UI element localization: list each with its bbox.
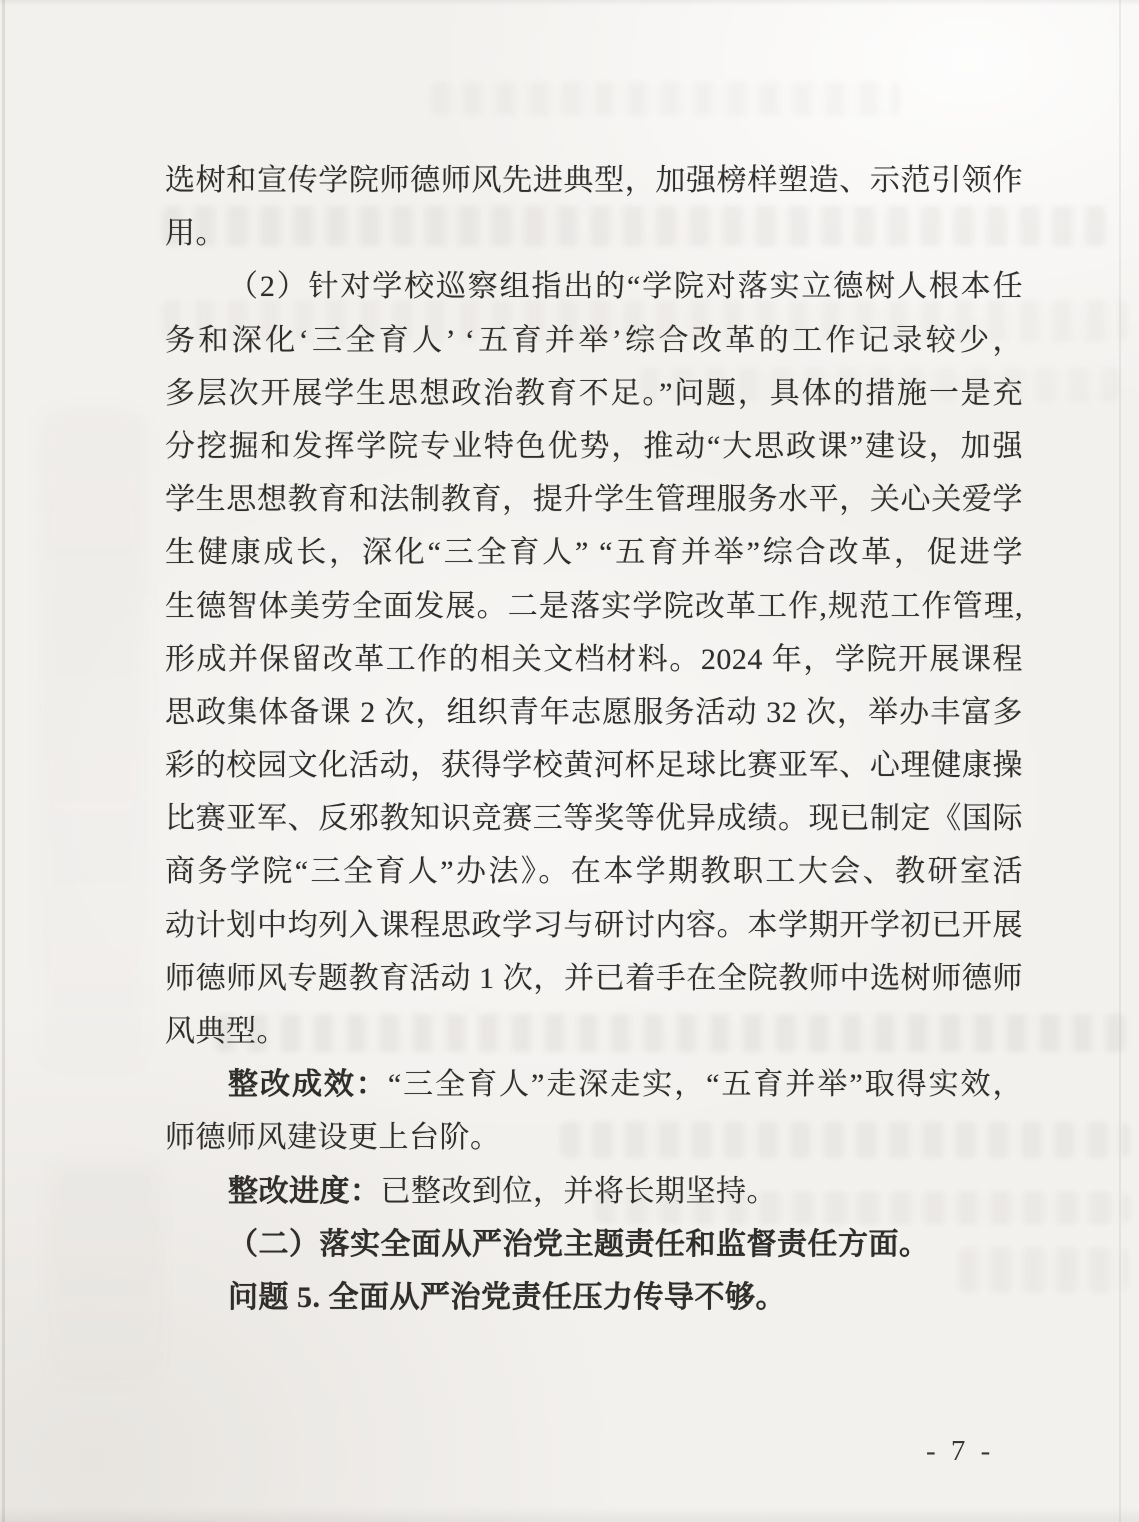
line-text: 多层次开展学生思想政治教育不足。”问题，具体的措施一是充: [165, 377, 1023, 410]
line-text: 生德智体美劳全面发展。二是落实学院改革工作,规范工作管理,: [165, 590, 1023, 623]
line-text: 动计划中均列入课程思政学习与研讨内容。本学期开学初已开展: [165, 909, 1023, 942]
line-text: 已整改到位，并将长期坚持。: [381, 1175, 778, 1208]
line-text: 生健康成长，深化“三全育人” “五育并举”综合改革，促进学: [165, 536, 1023, 569]
text-line: 整改成效：“三全育人”走深走实，“五育并举”取得实效，: [165, 1058, 1023, 1111]
line-text: （二）落实全面从严治党主题责任和监督责任方面。: [228, 1228, 930, 1261]
text-line: （2）针对学校巡察组指出的“学院对落实立德树人根本任: [165, 260, 1023, 313]
text-line: 思政集体备课 2 次，组织青年志愿服务活动 32 次，举办丰富多: [165, 686, 1023, 739]
text-line: 学生思想教育和法制教育，提升学生管理服务水平，关心关爱学: [165, 473, 1023, 526]
line-text: 彩的校园文化活动，获得学校黄河杯足球比赛亚军、心理健康操: [165, 749, 1023, 782]
rectification-progress-label: 整改进度：: [228, 1175, 381, 1208]
page-number: - 7 -: [926, 1431, 994, 1471]
line-text: “三全育人”走深走实，“五育并举”取得实效，: [388, 1068, 1023, 1101]
line-text: 师德师风建设更上台阶。: [165, 1121, 501, 1154]
text-line: 形成并保留改革工作的相关文档材料。2024 年，学院开展课程: [165, 633, 1023, 686]
text-line: 务和深化‘三全育人’ ‘五育并举’综合改革的工作记录较少，: [165, 314, 1023, 367]
scan-edge-top: [0, 0, 1139, 6]
text-line: 风典型。: [165, 1005, 1023, 1058]
document-body: 选树和宣传学院师德师风先进典型，加强榜样塑造、示范引领作 用。 （2）针对学校巡…: [165, 154, 1023, 1324]
section-heading: （二）落实全面从严治党主题责任和监督责任方面。: [165, 1218, 1023, 1271]
margin-smudge: [45, 1160, 165, 1390]
line-text: 全面从严治党责任压力传导不够。: [329, 1281, 787, 1314]
line-text: （2）针对学校巡察组指出的“学院对落实立德树人根本任: [228, 270, 1023, 303]
scan-edge-right: [1119, 0, 1121, 1522]
text-line: 师德师风建设更上台阶。: [165, 1111, 1023, 1164]
problem-heading: 问题 5.全面从严治党责任压力传导不够。: [165, 1271, 1023, 1324]
line-text: 风典型。: [165, 1015, 287, 1048]
line-text: 形成并保留改革工作的相关文档材料。2024 年，学院开展课程: [165, 643, 1023, 676]
text-line: 师德师风专题教育活动 1 次，并已着手在全院教师中选树师德师: [165, 952, 1023, 1005]
text-line: 比赛亚军、反邪教知识竞赛三等奖等优异成绩。现已制定《国际: [165, 792, 1023, 845]
line-text: 务和深化‘三全育人’ ‘五育并举’综合改革的工作记录较少，: [165, 324, 1023, 357]
scanned-document-page: 选树和宣传学院师德师风先进典型，加强榜样塑造、示范引领作 用。 （2）针对学校巡…: [0, 0, 1139, 1522]
text-line: 商务学院“三全育人”办法》。在本学期教职工大会、教研室活: [165, 845, 1023, 898]
problem-number-label: 问题 5.: [228, 1281, 321, 1314]
text-line: 彩的校园文化活动，获得学校黄河杯足球比赛亚军、心理健康操: [165, 739, 1023, 792]
text-line: 生德智体美劳全面发展。二是落实学院改革工作,规范工作管理,: [165, 580, 1023, 633]
text-line: 分挖掘和发挥学院专业特色优势，推动“大思政课”建设，加强: [165, 420, 1023, 473]
margin-smudge: [38, 410, 148, 1070]
text-line: 整改进度：已整改到位，并将长期坚持。: [165, 1165, 1023, 1218]
bleedthrough-smudge: [430, 82, 900, 116]
scan-edge-bottom: [0, 1506, 1139, 1522]
scan-edge-left: [2, 0, 5, 1522]
line-text: 分挖掘和发挥学院专业特色优势，推动“大思政课”建设，加强: [165, 430, 1023, 463]
rectification-effect-label: 整改成效：: [228, 1068, 388, 1101]
text-line: 生健康成长，深化“三全育人” “五育并举”综合改革，促进学: [165, 526, 1023, 579]
text-line: 用。: [165, 207, 1023, 260]
text-line: 动计划中均列入课程思政学习与研讨内容。本学期开学初已开展: [165, 899, 1023, 952]
line-text: 学生思想教育和法制教育，提升学生管理服务水平，关心关爱学: [165, 483, 1023, 516]
text-line: 多层次开展学生思想政治教育不足。”问题，具体的措施一是充: [165, 367, 1023, 420]
line-text: 用。: [165, 217, 226, 250]
line-text: 师德师风专题教育活动 1 次，并已着手在全院教师中选树师德师: [165, 962, 1023, 995]
text-line: 选树和宣传学院师德师风先进典型，加强榜样塑造、示范引领作: [165, 154, 1023, 207]
line-text: 比赛亚军、反邪教知识竞赛三等奖等优异成绩。现已制定《国际: [165, 802, 1023, 835]
line-text: 商务学院“三全育人”办法》。在本学期教职工大会、教研室活: [165, 855, 1023, 888]
line-text: 思政集体备课 2 次，组织青年志愿服务活动 32 次，举办丰富多: [165, 696, 1023, 729]
line-text: 选树和宣传学院师德师风先进典型，加强榜样塑造、示范引领作: [165, 164, 1023, 197]
